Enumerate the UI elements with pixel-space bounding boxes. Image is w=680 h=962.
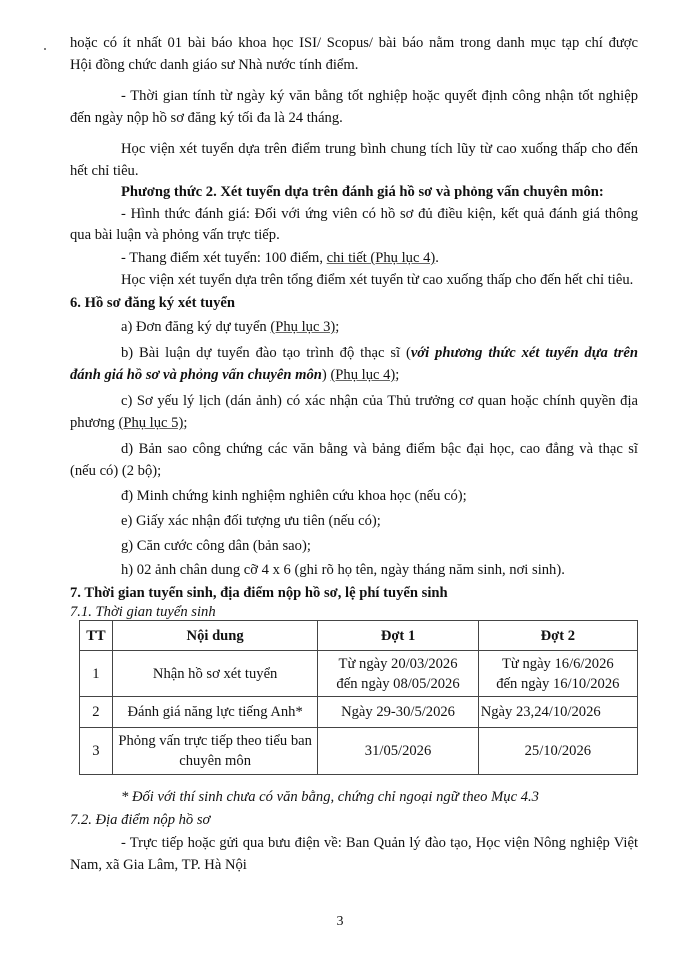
text: ; bbox=[335, 319, 339, 335]
cell-round-2: 25/10/2026 bbox=[478, 728, 637, 775]
admission-schedule-table: TT Nội dung Đợt 1 Đợt 2 1 Nhận hồ sơ xét… bbox=[79, 620, 638, 775]
cell-tt: 3 bbox=[80, 728, 113, 775]
text: ; bbox=[395, 367, 399, 383]
paragraph-line: Học viện xét tuyển dựa trên điểm trung b… bbox=[121, 140, 638, 158]
cell-line: đến ngày 08/05/2026 bbox=[320, 674, 475, 694]
document-item-h: h) 02 ảnh chân dung cỡ 4 x 6 (ghi rõ họ … bbox=[121, 561, 638, 579]
cell-line: chuyên môn bbox=[115, 751, 316, 771]
header-round-1: Đợt 1 bbox=[318, 621, 478, 651]
appendix-4-link[interactable]: (Phụ lục 4) bbox=[330, 367, 395, 383]
document-item-d-cont: (nếu có) (2 bộ); bbox=[70, 462, 638, 480]
paragraph-line: Hội đồng chức danh giáo sư Nhà nước tính… bbox=[70, 56, 638, 74]
cell-content: Đánh giá năng lực tiếng Anh* bbox=[112, 697, 318, 728]
document-item-dd: đ) Minh chứng kinh nghiệm nghiên cứu kho… bbox=[121, 487, 638, 505]
cell-line: Phỏng vấn trực tiếp theo tiểu ban bbox=[115, 731, 316, 751]
paragraph-line: hết chỉ tiêu. bbox=[70, 162, 638, 180]
header-tt: TT bbox=[80, 621, 113, 651]
table-row: 3 Phỏng vấn trực tiếp theo tiểu ban chuy… bbox=[80, 728, 638, 775]
document-item-d: d) Bản sao công chứng các văn bằng và bả… bbox=[121, 440, 638, 458]
cell-tt: 1 bbox=[80, 651, 113, 697]
document-item-b-cont: đánh giá hồ sơ và phỏng vấn chuyên môn) … bbox=[70, 366, 638, 384]
document-item-b: b) Bài luận dự tuyển đào tạo trình độ th… bbox=[121, 344, 638, 362]
cell-round-1: 31/05/2026 bbox=[318, 728, 478, 775]
cell-round-2: Từ ngày 16/6/2026 đến ngày 16/10/2026 bbox=[478, 651, 637, 697]
appendix-3-link[interactable]: (Phụ lục 3) bbox=[270, 319, 335, 335]
table-header-row: TT Nội dung Đợt 1 Đợt 2 bbox=[80, 621, 638, 651]
paragraph-line: - Hình thức đánh giá: Đối với ứng viên c… bbox=[121, 205, 638, 223]
document-item-a: a) Đơn đăng ký dự tuyển (Phụ lục 3); bbox=[121, 318, 638, 336]
cell-line: Từ ngày 20/03/2026 bbox=[320, 654, 475, 674]
paragraph-line: Học viện xét tuyển dựa trên tổng điểm xé… bbox=[121, 271, 638, 289]
appendix-4-link[interactable]: chi tiết (Phụ lục 4) bbox=[327, 250, 436, 266]
paragraph-line: hoặc có ít nhất 01 bài báo khoa học ISI/… bbox=[70, 34, 638, 52]
emphasis: đánh giá hồ sơ và phỏng vấn chuyên môn bbox=[70, 367, 322, 383]
cell-line: đến ngày 16/10/2026 bbox=[481, 674, 635, 694]
subsection-7-1-heading: 7.1. Thời gian tuyển sinh bbox=[70, 603, 638, 621]
document-item-e: e) Giấy xác nhận đối tượng ưu tiên (nếu … bbox=[121, 512, 638, 530]
page-number: 3 bbox=[0, 914, 680, 930]
cell-round-1: Từ ngày 20/03/2026 đến ngày 08/05/2026 bbox=[318, 651, 478, 697]
text: phương bbox=[70, 415, 118, 431]
text: a) Đơn đăng ký dự tuyển bbox=[121, 319, 270, 335]
header-round-2: Đợt 2 bbox=[478, 621, 637, 651]
text: - Thang điểm xét tuyển: 100 điểm, bbox=[121, 250, 327, 266]
paragraph-line: - Thời gian tính từ ngày ký văn bằng tốt… bbox=[121, 87, 638, 105]
subsection-7-2-heading: 7.2. Địa điểm nộp hồ sơ bbox=[70, 811, 638, 829]
scan-speck bbox=[44, 48, 46, 50]
paragraph-line: đến ngày nộp hồ sơ đăng ký tối đa là 24 … bbox=[70, 109, 638, 127]
table-row: 2 Đánh giá năng lực tiếng Anh* Ngày 29-3… bbox=[80, 697, 638, 728]
score-scale-line: - Thang điểm xét tuyển: 100 điểm, chi ti… bbox=[121, 249, 638, 267]
paragraph-line: qua bài luận và phỏng vấn trực tiếp. bbox=[70, 226, 638, 244]
section-6-heading: 6. Hồ sơ đăng ký xét tuyển bbox=[70, 294, 638, 312]
text: ; bbox=[183, 415, 187, 431]
address-line-cont: Nam, xã Gia Lâm, TP. Hà Nội bbox=[70, 856, 638, 874]
cell-round-2: Ngày 23,24/10/2026 bbox=[478, 697, 637, 728]
document-item-g: g) Căn cước công dân (bản sao); bbox=[121, 537, 638, 555]
cell-round-1: Ngày 29-30/5/2026 bbox=[318, 697, 478, 728]
method-2-heading: Phương thức 2. Xét tuyển dựa trên đánh g… bbox=[121, 183, 638, 201]
cell-content: Phỏng vấn trực tiếp theo tiểu ban chuyên… bbox=[112, 728, 318, 775]
document-page: hoặc có ít nhất 01 bài báo khoa học ISI/… bbox=[0, 0, 680, 962]
cell-content: Nhận hồ sơ xét tuyển bbox=[112, 651, 318, 697]
document-item-c: c) Sơ yếu lý lịch (dán ảnh) có xác nhận … bbox=[121, 392, 638, 410]
document-item-c-cont: phương (Phụ lục 5); bbox=[70, 414, 638, 432]
cell-tt: 2 bbox=[80, 697, 113, 728]
cell-line: Từ ngày 16/6/2026 bbox=[481, 654, 635, 674]
table-row: 1 Nhận hồ sơ xét tuyển Từ ngày 20/03/202… bbox=[80, 651, 638, 697]
table-footnote: * Đối với thí sinh chưa có văn bằng, chứ… bbox=[121, 788, 638, 806]
appendix-5-link[interactable]: (Phụ lục 5) bbox=[118, 415, 183, 431]
header-content: Nội dung bbox=[112, 621, 318, 651]
section-7-heading: 7. Thời gian tuyển sinh, địa điểm nộp hồ… bbox=[70, 584, 638, 602]
address-line: - Trực tiếp hoặc gửi qua bưu điện về: Ba… bbox=[121, 834, 638, 852]
text: . bbox=[435, 250, 439, 266]
text: b) Bài luận dự tuyển đào tạo trình độ th… bbox=[121, 345, 411, 361]
emphasis: với phương thức xét tuyển dựa trên bbox=[411, 345, 638, 361]
